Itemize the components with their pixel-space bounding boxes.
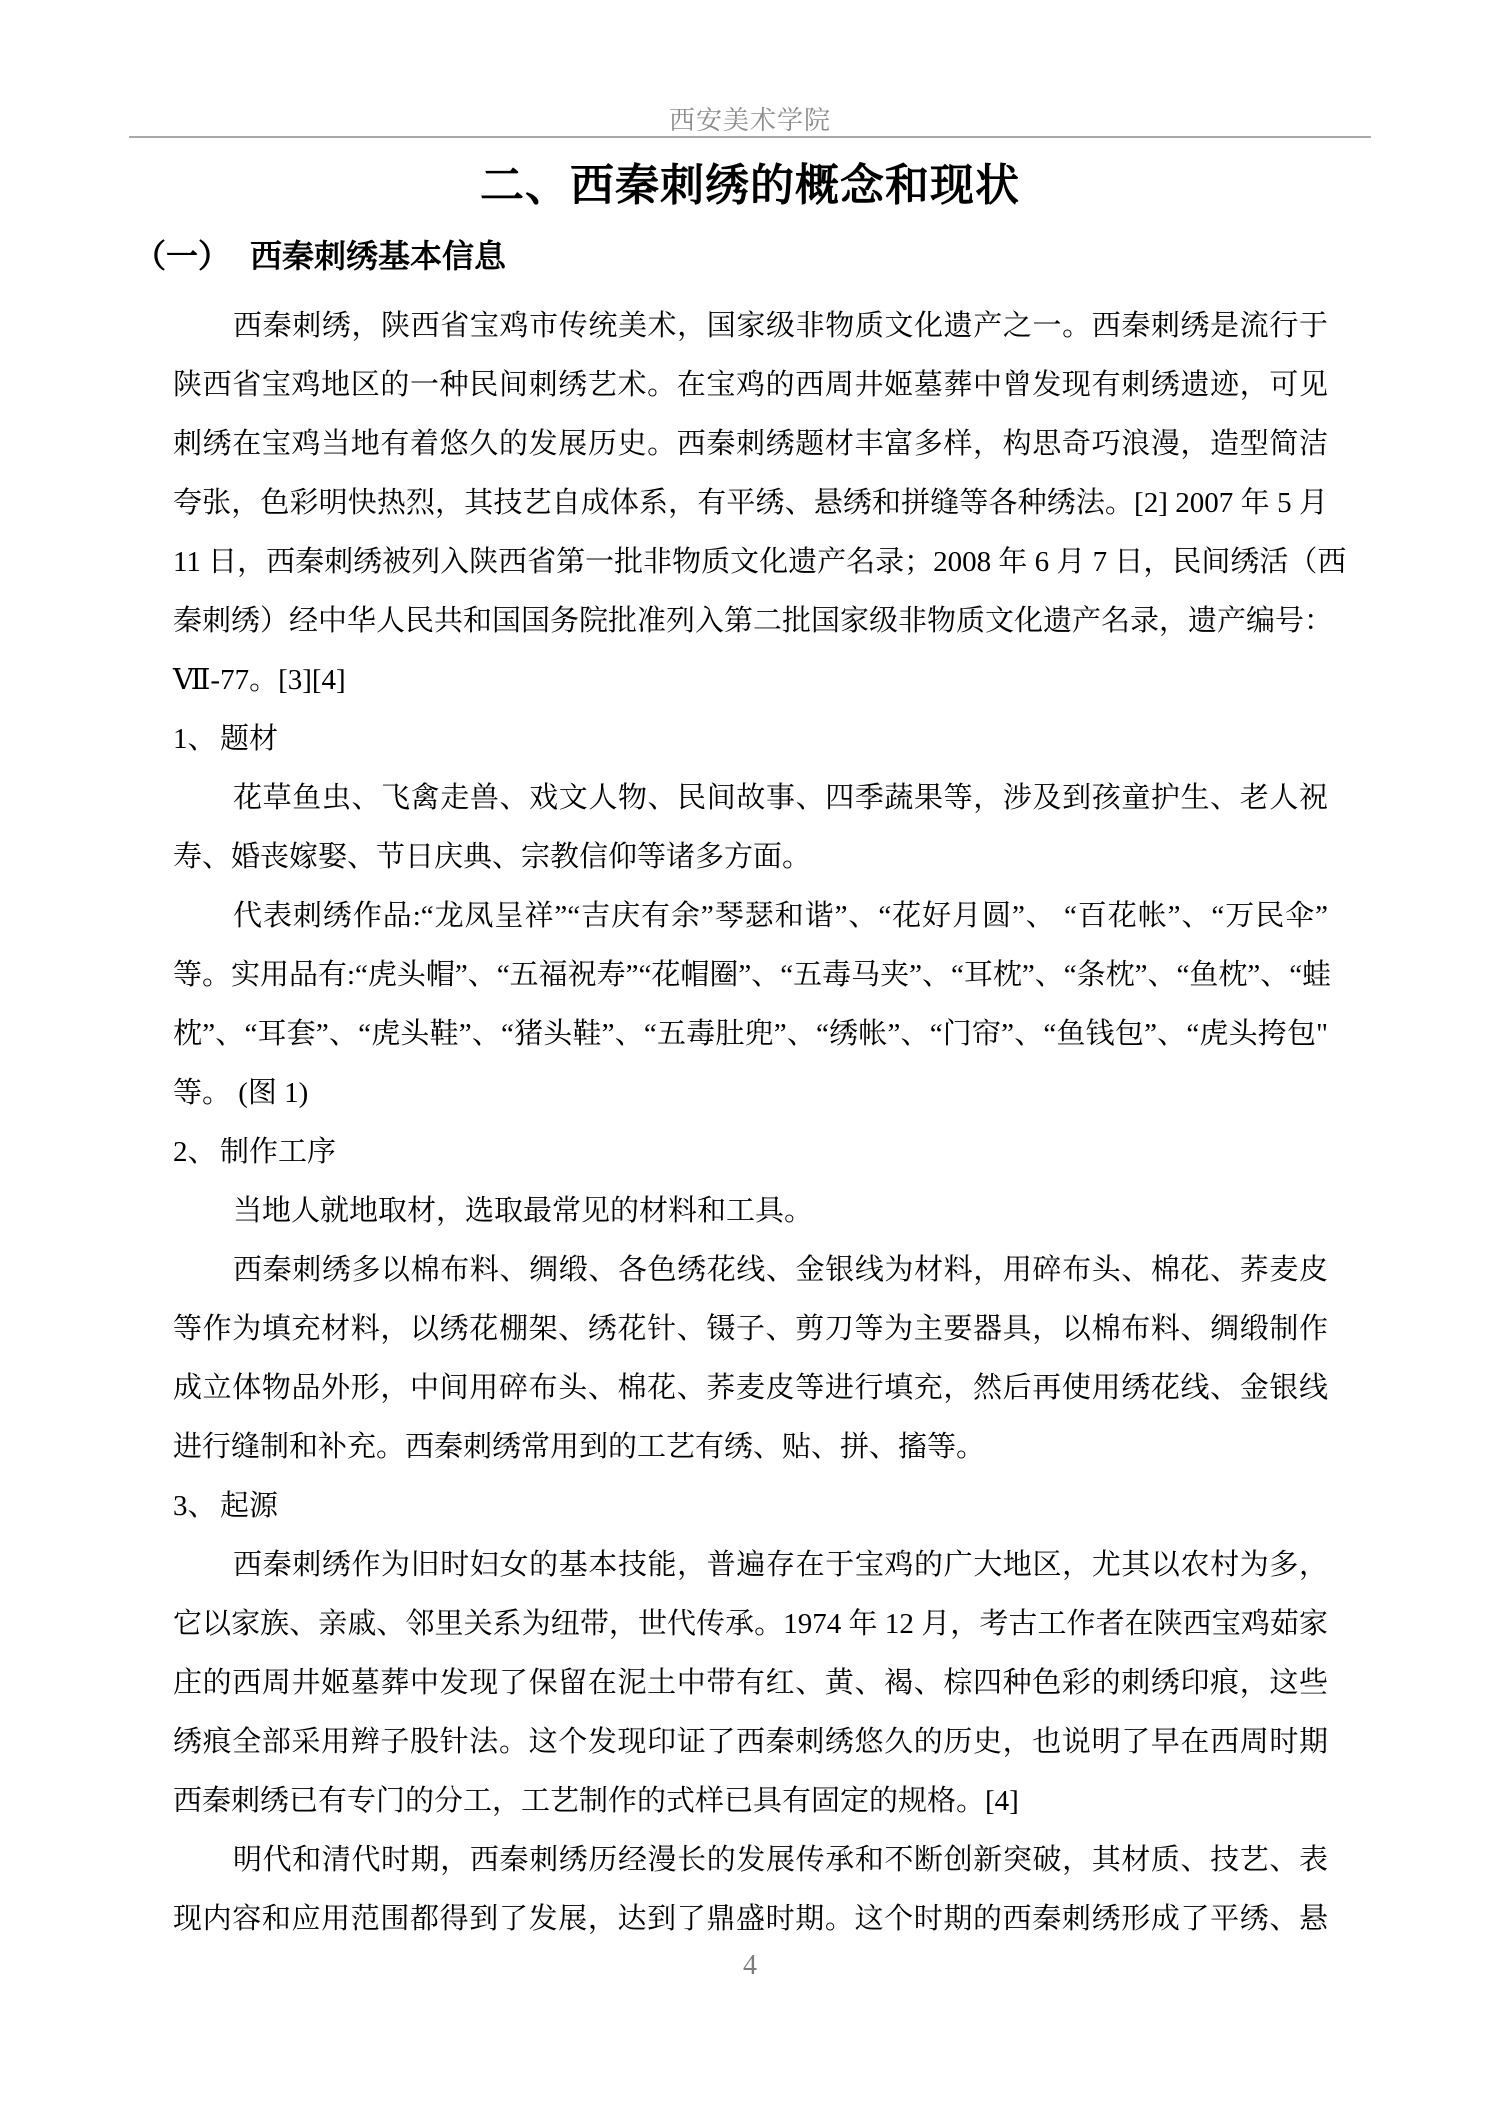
paragraph-line: 明代和清代时期，西秦刺绣历经漫长的发展传承和不断创新突破，其材质、技艺、表 [173, 1831, 1328, 1890]
list-item-heading: 2、制作工序 [173, 1123, 1328, 1182]
header-title: 西安美术学院 [669, 106, 831, 135]
paragraph-line: 刺绣在宝鸡当地有着悠久的发展历史。西秦刺绣题材丰富多样，构思奇巧浪漫，造型简洁 [173, 415, 1328, 474]
paragraph-line: Ⅶ-77。[3][4] [173, 651, 1328, 710]
section-number: （一） [134, 238, 230, 274]
paragraph-line: 西秦刺绣，陕西省宝鸡市传统美术，国家级非物质文化遗产之一。西秦刺绣是流行于 [173, 297, 1328, 356]
paragraph-line: 现内容和应用范围都得到了发展，达到了鼎盛时期。这个时期的西秦刺绣形成了平绣、悬 [173, 1890, 1328, 1949]
paragraph-line: 夸张，色彩明快热烈，其技艺自成体系，有平绣、悬绣和拼缝等各种绣法。[2] 200… [173, 474, 1328, 533]
chapter-title: 二、西秦刺绣的概念和现状 [0, 149, 1500, 213]
document-body: 西秦刺绣，陕西省宝鸡市传统美术，国家级非物质文化遗产之一。西秦刺绣是流行于陕西省… [173, 297, 1328, 1949]
list-item-label: 题材 [220, 723, 278, 755]
section-heading: （一）西秦刺绣基本信息 [134, 231, 506, 277]
paragraph-line: 代表刺绣作品:“龙凤呈祥”“吉庆有余”琴瑟和谐”、“花好月圆”、 “百花帐”、“… [173, 887, 1328, 946]
list-item-heading: 3、起源 [173, 1477, 1328, 1536]
paragraph-line: 当地人就地取材，选取最常见的材料和工具。 [173, 1182, 1328, 1241]
paragraph-line: 等。实用品有:“虎头帽”、“五福祝寿”“花帽圈”、“五毒马夹”、“耳枕”、“条枕… [173, 946, 1328, 1005]
page-header: 西安美术学院 [0, 100, 1500, 137]
paragraph-line: 花草鱼虫、飞禽走兽、戏文人物、民间故事、四季蔬果等，涉及到孩童护生、老人祝 [173, 769, 1328, 828]
list-item-label: 制作工序 [220, 1136, 336, 1168]
page-footer: 4 [0, 1950, 1500, 1982]
document-page: 西安美术学院 二、西秦刺绣的概念和现状 （一）西秦刺绣基本信息 西秦刺绣，陕西省… [0, 0, 1500, 2115]
paragraph-line: 西秦刺绣作为旧时妇女的基本技能，普遍存在于宝鸡的广大地区，尤其以农村为多， [173, 1536, 1328, 1595]
paragraph-line: 枕”、“耳套”、“虎头鞋”、“猪头鞋”、“五毒肚兜”、“绣帐”、“门帘”、“鱼钱… [173, 1005, 1328, 1064]
paragraph-line: 成立体物品外形，中间用碎布头、棉花、荞麦皮等进行填充，然后再使用绣花线、金银线 [173, 1359, 1328, 1418]
paragraph-line: 西秦刺绣已有专门的分工，工艺制作的式样已具有固定的规格。[4] [173, 1772, 1328, 1831]
paragraph-line: 等作为填充材料，以绣花棚架、绣花针、镊子、剪刀等为主要器具，以棉布料、绸缎制作 [173, 1300, 1328, 1359]
paragraph-line: 西秦刺绣多以棉布料、绸缎、各色绣花线、金银线为材料，用碎布头、棉花、荞麦皮 [173, 1241, 1328, 1300]
paragraph-line: 陕西省宝鸡地区的一种民间刺绣艺术。在宝鸡的西周井姬墓葬中曾发现有刺绣遗迹，可见 [173, 356, 1328, 415]
list-item-number: 2、 [173, 1123, 220, 1182]
section-label: 西秦刺绣基本信息 [250, 238, 506, 274]
paragraph-line: 11 日，西秦刺绣被列入陕西省第一批非物质文化遗产名录；2008 年 6 月 7… [173, 533, 1328, 592]
paragraph-line: 绣痕全部采用辫子股针法。这个发现印证了西秦刺绣悠久的历史，也说明了早在西周时期 [173, 1713, 1328, 1772]
paragraph-line: 庄的西周井姬墓葬中发现了保留在泥土中带有红、黄、褐、棕四种色彩的刺绣印痕，这些 [173, 1654, 1328, 1713]
paragraph-line: 进行缝制和补充。西秦刺绣常用到的工艺有绣、贴、拼、搐等。 [173, 1418, 1328, 1477]
page-number: 4 [743, 1950, 757, 1981]
list-item-heading: 1、题材 [173, 710, 1328, 769]
paragraph-line: 等。 (图 1) [173, 1064, 1328, 1123]
list-item-number: 1、 [173, 710, 220, 769]
paragraph-line: 它以家族、亲戚、邻里关系为纽带，世代传承。1974 年 12 月，考古工作者在陕… [173, 1595, 1328, 1654]
list-item-number: 3、 [173, 1477, 220, 1536]
list-item-label: 起源 [220, 1490, 278, 1522]
paragraph-line: 秦刺绣）经中华人民共和国国务院批准列入第二批国家级非物质文化遗产名录，遗产编号： [173, 592, 1328, 651]
header-divider [129, 136, 1371, 138]
paragraph-line: 寿、婚丧嫁娶、节日庆典、宗教信仰等诸多方面。 [173, 828, 1328, 887]
